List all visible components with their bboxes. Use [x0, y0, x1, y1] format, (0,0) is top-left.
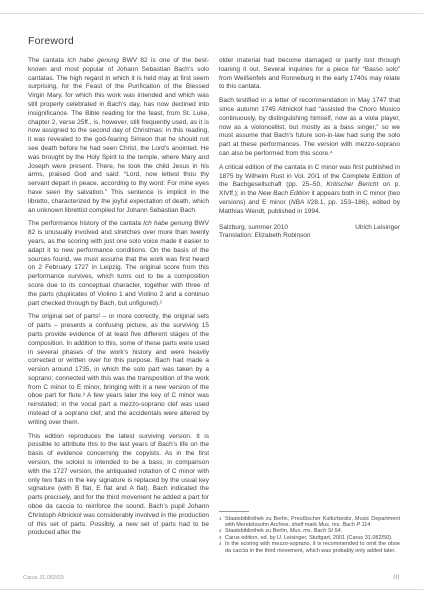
- page-bottom-edge: [0, 589, 423, 590]
- foreword-page: Foreword The cantata Ich habe genung BWV…: [0, 0, 423, 600]
- catalog-number: Carus 31.082/03: [23, 575, 64, 581]
- column-spacer: [219, 241, 400, 510]
- page-number: III: [393, 575, 400, 581]
- signature-row: Salzburg, summer 2010 Ulrich Leisinger: [219, 224, 400, 233]
- paragraph-critical-edition: A critical edition of the cantata in C m…: [219, 164, 400, 217]
- signature-translation: Translation: Elizabeth Robinson: [219, 232, 400, 241]
- page-title: Foreword: [28, 36, 400, 46]
- page-top-edge: [0, 13, 423, 14]
- signature-block: Salzburg, summer 2010 Ulrich Leisinger T…: [219, 224, 400, 242]
- footnote-4: 4 In the scoring with mezzo-soprano, it …: [219, 541, 400, 554]
- page-content: Foreword The cantata Ich habe genung BWV…: [28, 36, 400, 572]
- paragraph-bach-testified: Bach testified in a letter of recommenda…: [219, 97, 400, 159]
- paragraph-cantata-intro: The cantata Ich habe genung BWV 82 is on…: [28, 57, 209, 215]
- footnotes: 1 Staatsbibliothek zu Berlin, Preußische…: [219, 511, 400, 554]
- signature-author: Ulrich Leisinger: [355, 224, 400, 233]
- page-footer: Carus 31.082/03 III: [23, 575, 400, 581]
- paragraph-performance-history: The performance history of the cantata I…: [28, 220, 209, 308]
- footnote-text: Staatsbibliothek zu Berlin, Preußischer …: [225, 516, 400, 529]
- two-column-text: The cantata Ich habe genung BWV 82 is on…: [28, 57, 400, 572]
- footnote-divider: [219, 511, 249, 512]
- left-column: The cantata Ich habe genung BWV 82 is on…: [28, 57, 209, 572]
- paragraph-older-material: older material had become damaged or par…: [219, 57, 400, 92]
- footnote-1: 1 Staatsbibliothek zu Berlin, Preußische…: [219, 516, 400, 529]
- signature-place-date: Salzburg, summer 2010: [219, 224, 288, 233]
- paragraph-this-edition: This edition reproduces the latest survi…: [28, 433, 209, 539]
- right-column: older material had become damaged or par…: [219, 57, 400, 572]
- paragraph-original-parts: The original set of parts² – or more cor…: [28, 313, 209, 427]
- footnote-text: In the scoring with mezzo-soprano, it is…: [225, 541, 400, 554]
